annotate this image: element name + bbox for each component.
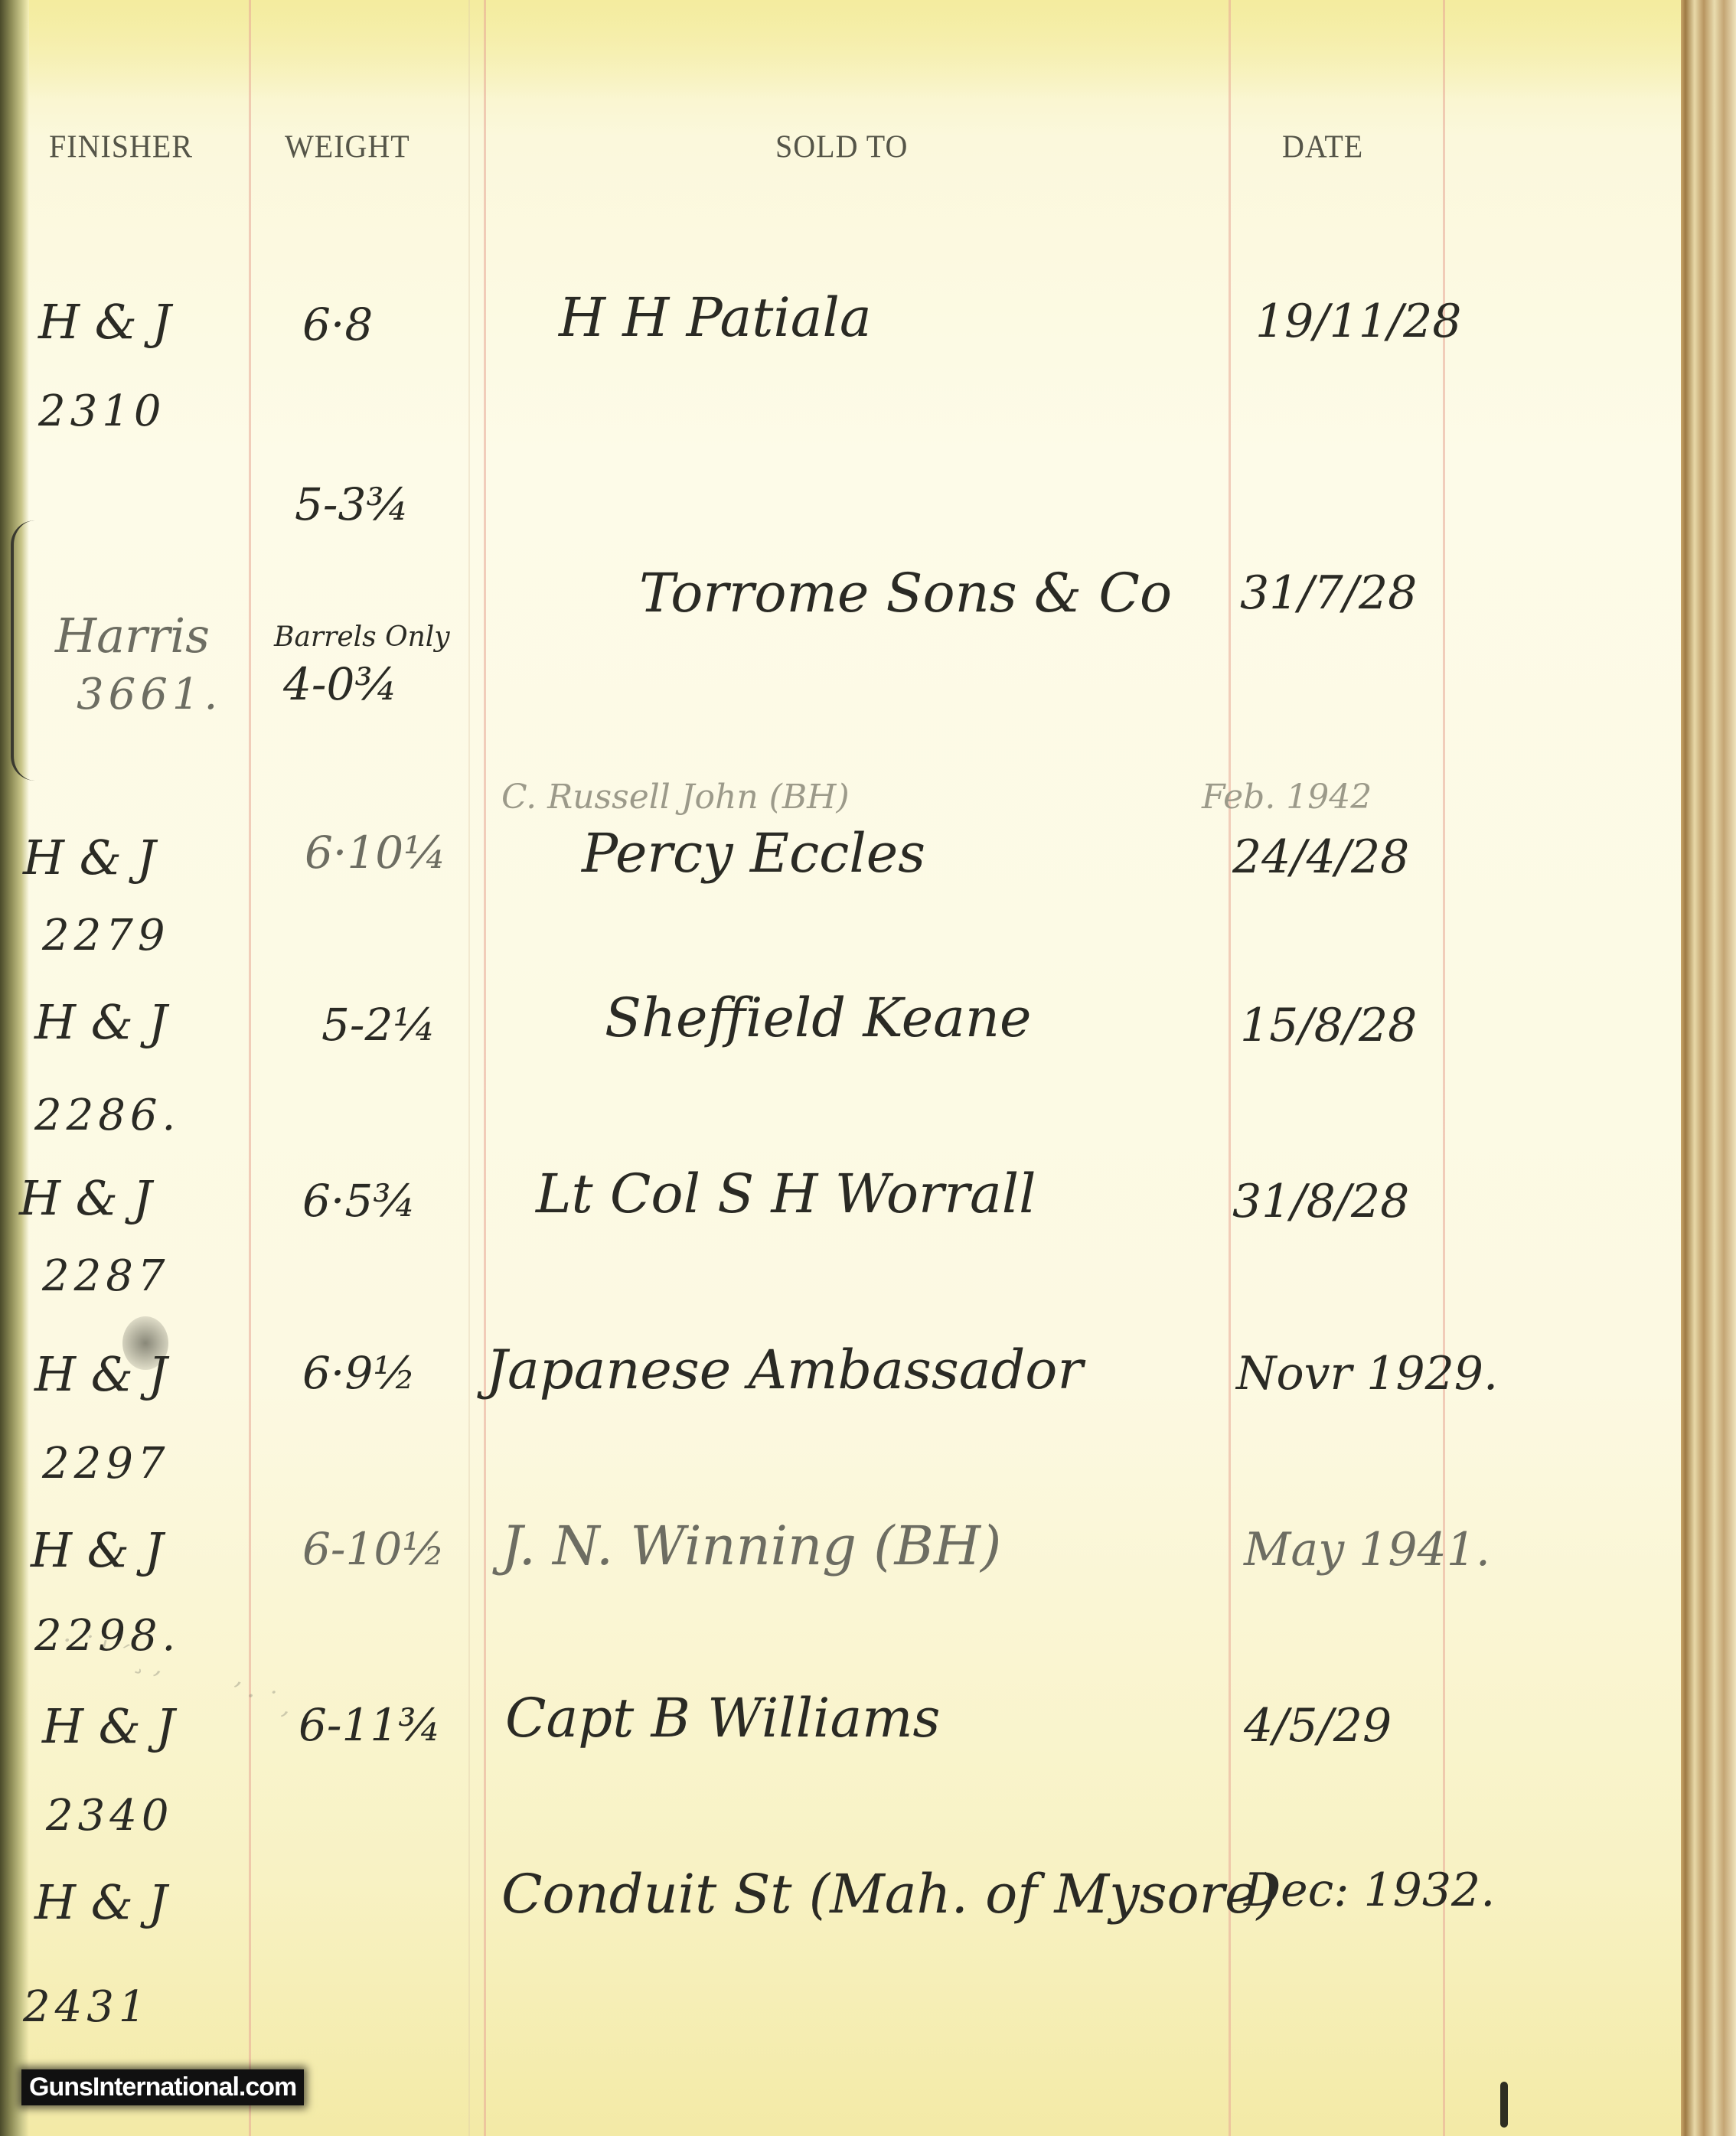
column-rule-faint (468, 0, 470, 2136)
ledger-page: FINISHER WEIGHT SOLD TO DATE H & J 2310 … (0, 0, 1736, 2136)
sold-to: Percy Eccles (582, 827, 925, 880)
finisher-name: H & J (34, 1351, 168, 1398)
weight-note: Barrels Only (274, 624, 450, 651)
finisher-number: 2279 (42, 915, 170, 957)
date: 24/4/28 (1232, 834, 1409, 880)
column-rule-sold-to (1229, 0, 1231, 2136)
finisher-name: H & J (34, 1879, 168, 1926)
annotation-date: Feb. 1942 (1202, 781, 1372, 814)
page-edges (1681, 0, 1736, 2136)
finisher-name: H & J (38, 298, 171, 346)
finisher-name: H & J (34, 999, 168, 1046)
ink-offset-marks: ʼ · ˙ , (227, 1676, 295, 1722)
finisher-name: Harris (55, 612, 210, 660)
finisher-number: 2287 (42, 1255, 170, 1298)
weight: 6·8 (302, 302, 373, 347)
sold-to: J. N. Winning (BH) (501, 1519, 1001, 1573)
date: 31/8/28 (1232, 1179, 1409, 1225)
date: Novr 1929. (1236, 1351, 1498, 1397)
weight-secondary: 4-0¾ (283, 662, 398, 706)
aged-paper-band (29, 0, 1681, 99)
finisher-number: 2340 (46, 1795, 174, 1838)
header-date: DATE (1282, 128, 1363, 165)
sold-to: H H Patiala (559, 291, 872, 344)
finisher-name: H & J (42, 1703, 175, 1750)
sold-to: Capt B Williams (505, 1691, 940, 1745)
sold-to: Sheffield Keane (605, 991, 1031, 1045)
sold-to: Japanese Ambassador (486, 1343, 1083, 1397)
weight: 6-10½ (302, 1527, 445, 1571)
finisher-name: H & J (31, 1527, 164, 1574)
date: 19/11/28 (1255, 298, 1461, 344)
weight: 5-3¾ (295, 482, 410, 527)
annotation-sold-to: C. Russell John (BH) (501, 781, 850, 814)
weight: 6·10¼ (305, 830, 446, 875)
date: May 1941. (1244, 1527, 1490, 1573)
bracket (11, 520, 35, 781)
date: Dec: 1932. (1244, 1867, 1495, 1913)
weight: 6-11¾ (299, 1703, 442, 1747)
weight: 5-2¼ (321, 1003, 436, 1047)
finisher-number: 2431 (23, 1986, 151, 2029)
watermark-logo: GunsInternational.com (21, 2069, 304, 2105)
column-rule-finisher (249, 0, 251, 2136)
finisher-number: 3661. (77, 673, 222, 716)
book-spine-shadow (0, 0, 29, 2136)
finisher-name: H & J (23, 834, 156, 882)
finisher-number: 2286. (34, 1094, 180, 1137)
finisher-number: 2297 (42, 1443, 170, 1485)
weight: 6·5¾ (302, 1179, 416, 1223)
finisher-number: 2310 (38, 390, 166, 433)
ink-stain (1500, 2082, 1508, 2128)
sold-to: Conduit St (Mah. of Mysore) (501, 1867, 1278, 1921)
date: 4/5/29 (1244, 1703, 1392, 1749)
column-rule-weight (484, 0, 486, 2136)
header-finisher: FINISHER (49, 128, 193, 165)
date: 31/7/28 (1240, 570, 1417, 616)
date: 15/8/28 (1240, 1003, 1417, 1048)
weight: 6·9½ (302, 1351, 416, 1395)
finisher-name: H & J (19, 1175, 152, 1222)
sold-to: Torrome Sons & Co (639, 566, 1172, 620)
header-weight: WEIGHT (285, 128, 410, 165)
header-sold-to: SOLD TO (775, 128, 908, 165)
sold-to: Lt Col S H Worrall (536, 1167, 1036, 1221)
